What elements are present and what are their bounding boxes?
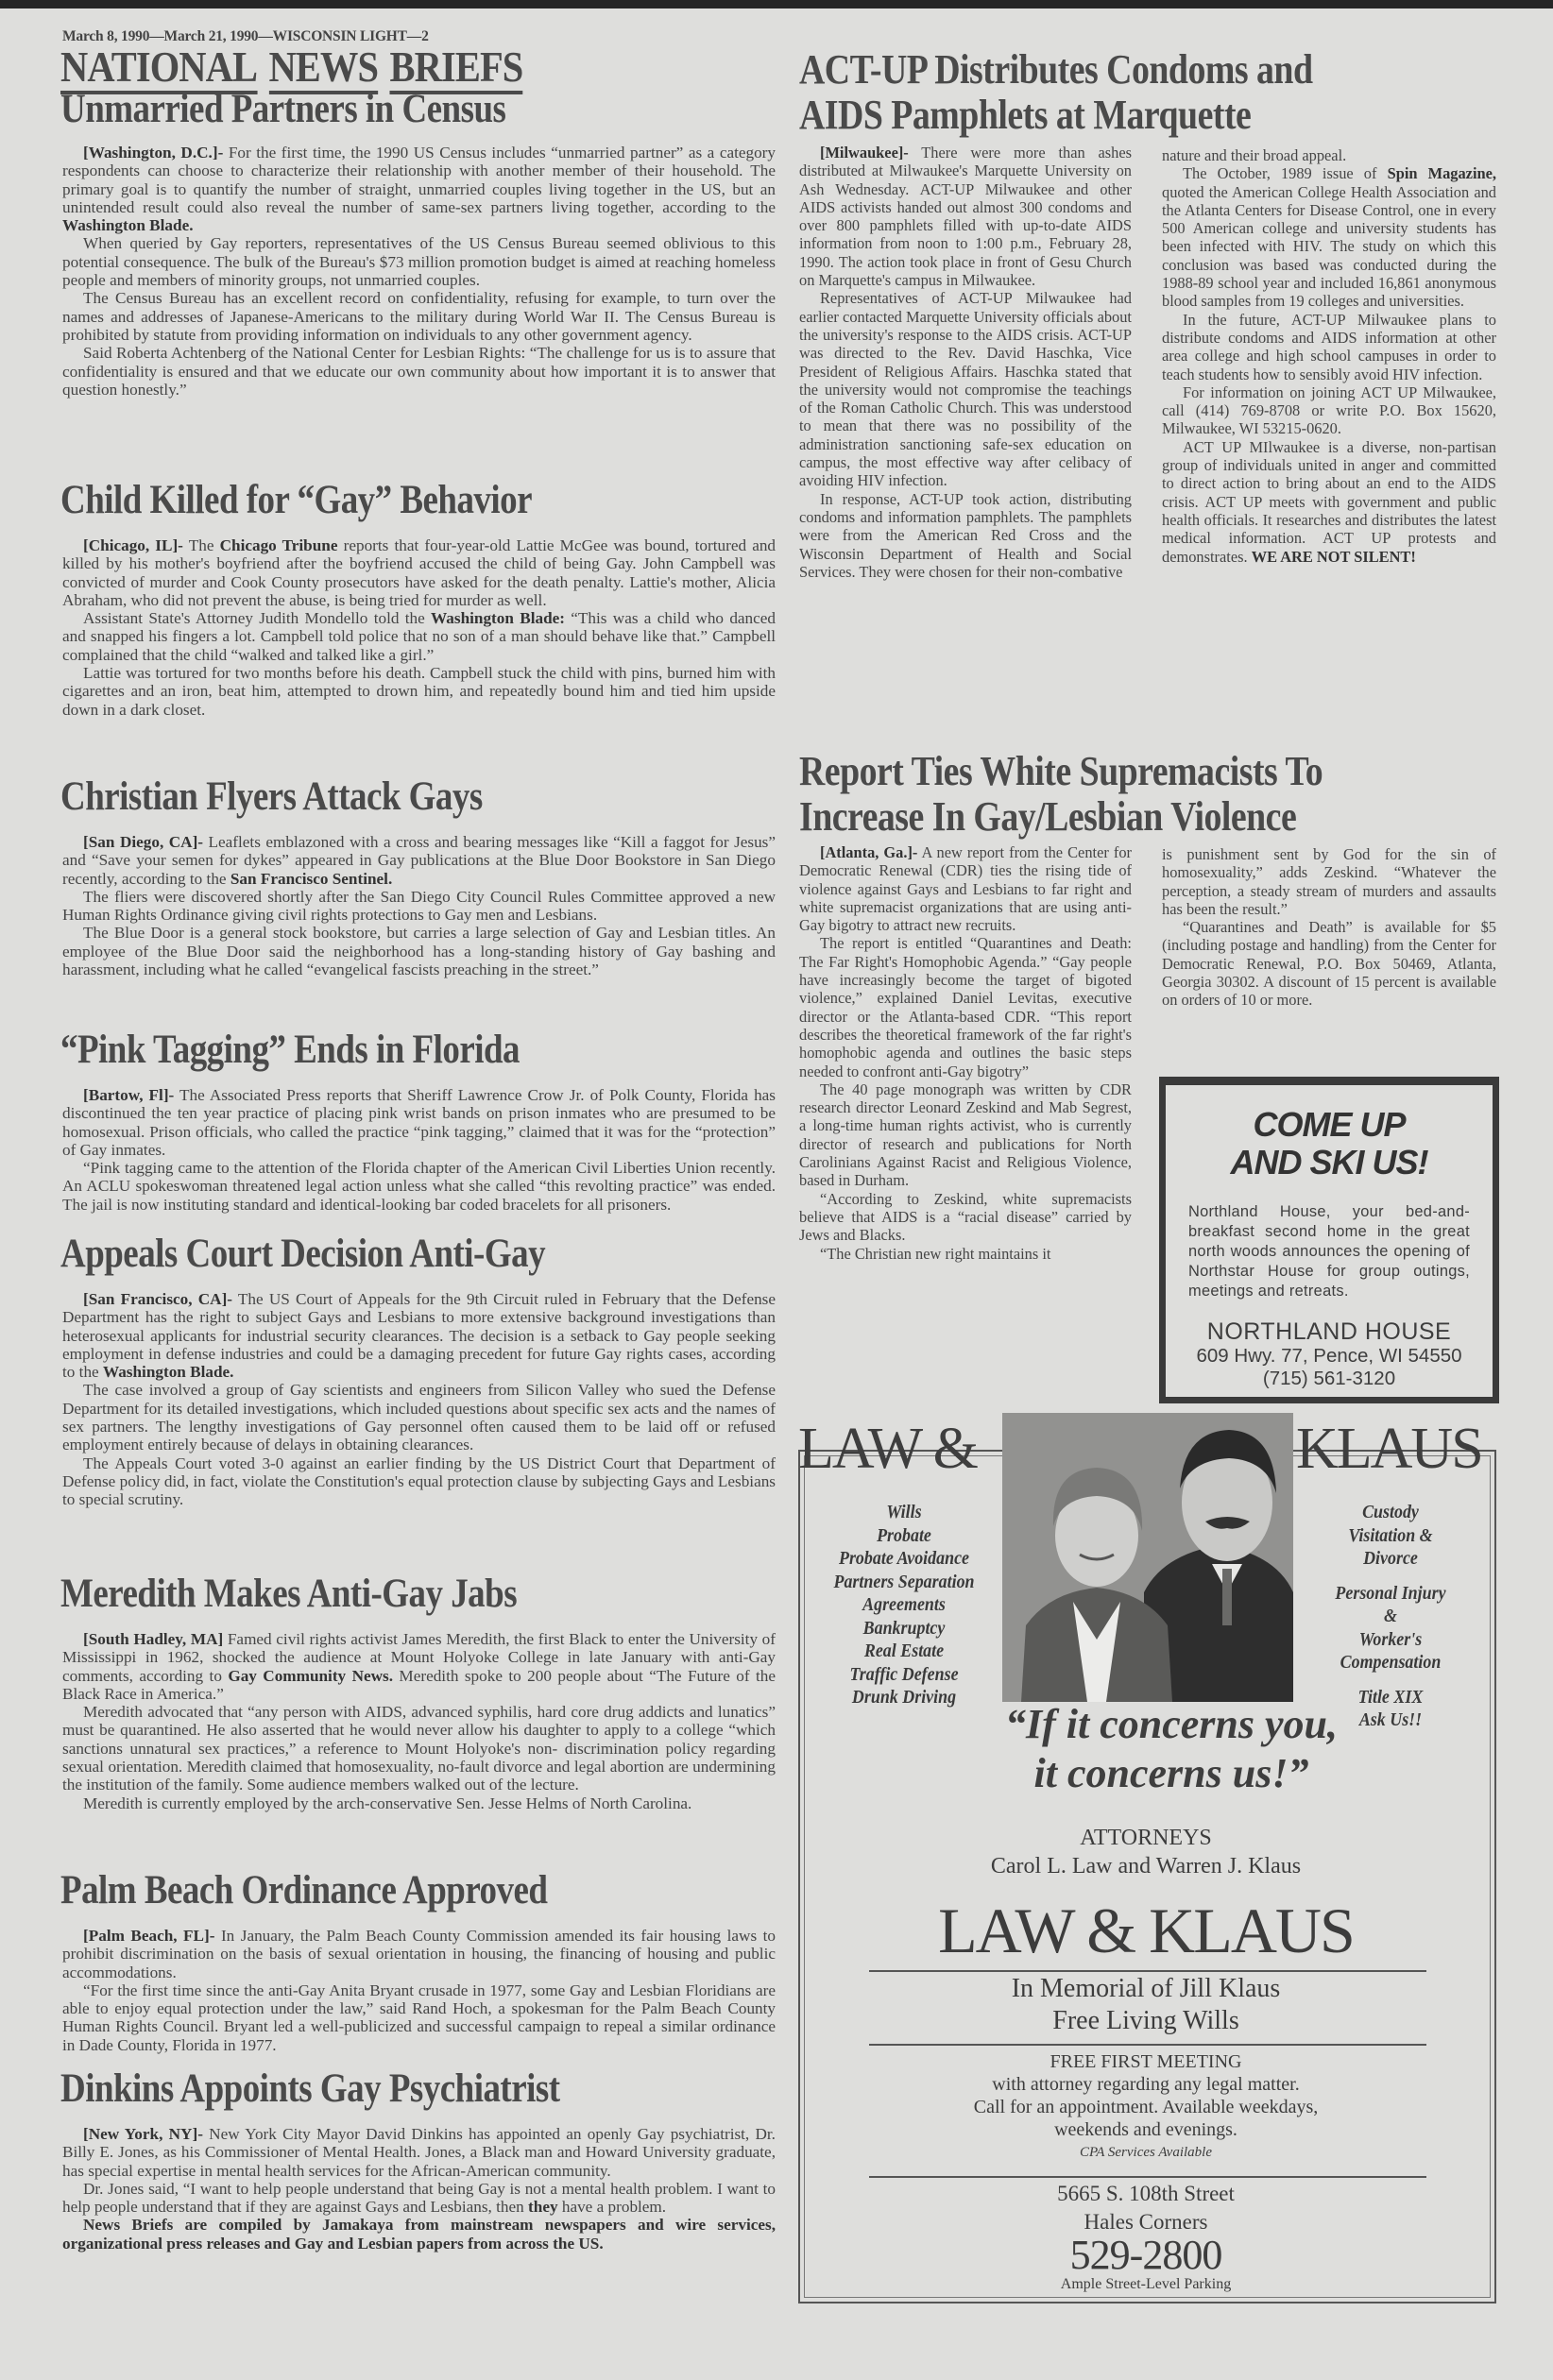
dateline: [Milwaukee]- (820, 144, 909, 161)
paragraph: The case involved a group of Gay scienti… (62, 1381, 776, 1453)
ad-slogan: “If it concerns you, it concerns us!” (935, 1700, 1408, 1798)
article-column: [Atlanta, Ga.]- A new report from the Ce… (799, 843, 1132, 1263)
memorial-line: In Memorial of Jill Klaus (801, 1974, 1491, 2004)
service-item: Visitation & (1304, 1525, 1477, 1549)
article-body: [Washington, D.C.]- For the first time, … (62, 144, 776, 399)
paragraph: [Milwaukee]- There were more than ashes … (799, 144, 1132, 289)
paragraph: [Atlanta, Ga.]- A new report from the Ce… (799, 843, 1132, 934)
article-body: [Palm Beach, FL]- In January, the Palm B… (62, 1927, 776, 2054)
article-column: is punishment sent by God for the sin of… (1162, 845, 1496, 1010)
headline-line: AIDS Pamphlets at Marquette (799, 93, 1312, 138)
dateline: [Atlanta, Ga.]- (820, 843, 917, 861)
dateline: [Palm Beach, FL]- (83, 1927, 214, 1945)
meeting-title: FREE FIRST MEETING (801, 2051, 1491, 2072)
firm-name: LAW & KLAUS (801, 1898, 1491, 1963)
article-body: [South Hadley, MA] Famed civil rights ac… (62, 1630, 776, 1812)
dateline: [Washington, D.C.]- (83, 144, 223, 161)
paragraph: “Pink tagging came to the attention of t… (62, 1159, 776, 1214)
source-name: Washington Blade. (62, 216, 194, 234)
paragraph: [Bartow, Fl]- The Associated Press repor… (62, 1086, 776, 1159)
service-item: Personal Injury (1304, 1583, 1477, 1606)
article-headline: “Pink Tagging” Ends in Florida (60, 1029, 520, 1070)
paragraph: Meredith advocated that “any person with… (62, 1703, 776, 1793)
source-name: San Francisco Sentinel. (230, 870, 392, 888)
services-list-right: CustodyVisitation &Divorce Personal Inju… (1296, 1502, 1485, 1733)
slogan-line: “If it concerns you, (935, 1700, 1408, 1749)
dateline: [Bartow, Fl]- (83, 1086, 174, 1104)
service-item: Partners Separation (812, 1572, 995, 1595)
paragraph: nature and their broad appeal. (1162, 146, 1496, 164)
ad-headline-line: AND SKI US! (1166, 1144, 1493, 1181)
article-headline: Palm Beach Ordinance Approved (60, 1870, 547, 1911)
ad-headline-line: COME UP (1166, 1106, 1493, 1144)
paragraph: [New York, NY]- New York City Mayor Davi… (62, 2125, 776, 2180)
paragraph: The October, 1989 issue of Spin Magazine… (1162, 164, 1496, 310)
source-name: Washington Blade: (431, 609, 565, 627)
paragraph: [Washington, D.C.]- For the first time, … (62, 144, 776, 234)
living-wills-line: Free Living Wills (801, 2006, 1491, 2036)
attorneys-label: ATTORNEYS (801, 1825, 1491, 1851)
paragraph: “The Christian new right maintains it (799, 1245, 1132, 1263)
attorneys-photo (1002, 1413, 1293, 1702)
parking-note: Ample Street-Level Parking (801, 2276, 1491, 2293)
divider (869, 2176, 1426, 2178)
ad-phone: 529-2800 (801, 2235, 1491, 2276)
article-column: [Milwaukee]- There were more than ashes … (799, 144, 1132, 581)
source-name: WE ARE NOT SILENT! (1252, 548, 1416, 566)
paragraph: [Chicago, IL]- The Chicago Tribune repor… (62, 536, 776, 609)
paragraph: [Palm Beach, FL]- In January, the Palm B… (62, 1927, 776, 1981)
northland-house-ad: COME UP AND SKI US! Northland House, you… (1159, 1077, 1499, 1403)
article-body: [San Diego, CA]- Leaflets emblazoned wit… (62, 833, 776, 978)
paragraph: [South Hadley, MA] Famed civil rights ac… (62, 1630, 776, 1703)
paragraph: When queried by Gay reporters, represent… (62, 234, 776, 289)
paragraph: Representatives of ACT-UP Milwaukee had … (799, 289, 1132, 489)
article-body: [New York, NY]- New York City Mayor Davi… (62, 2125, 776, 2252)
article-headline: Report Ties White Supremacists To Increa… (799, 749, 1323, 840)
section-title: NATIONALNEWSBRIEFS (60, 42, 535, 93)
article-body: [Chicago, IL]- The Chicago Tribune repor… (62, 536, 776, 719)
article-body: [Bartow, Fl]- The Associated Press repor… (62, 1086, 776, 1214)
paragraph: In response, ACT-UP took action, distrib… (799, 490, 1132, 581)
portrait-illustration (1002, 1413, 1293, 1702)
meeting-line: Call for an appointment. Available weekd… (801, 2097, 1491, 2117)
ad-business-name: NORTHLAND HOUSE (1166, 1318, 1493, 1345)
service-item: Real Estate (812, 1640, 995, 1664)
ad-title-right: KLAUS (1296, 1419, 1482, 1478)
service-item: Wills (812, 1502, 995, 1525)
dateline: [South Hadley, MA] (83, 1630, 223, 1648)
credit-line: News Briefs are compiled by Jamakaya fro… (62, 2216, 776, 2252)
paragraph: “According to Zeskind, white supremacist… (799, 1190, 1132, 1245)
paragraph: The 40 page monograph was written by CDR… (799, 1080, 1132, 1190)
paragraph: [San Diego, CA]- Leaflets emblazoned wit… (62, 833, 776, 888)
dateline: [San Diego, CA]- (83, 833, 203, 851)
meeting-line: weekends and evenings. (801, 2119, 1491, 2140)
paragraph: News Briefs are compiled by Jamakaya fro… (62, 2216, 776, 2252)
attorneys-names: Carol L. Law and Warren J. Klaus (801, 1853, 1491, 1879)
source-name: Gay Community News. (228, 1667, 393, 1685)
scan-top-edge (0, 0, 1553, 8)
article-headline: Unmarried Partners in Census (60, 89, 505, 129)
service-item: Divorce (1304, 1548, 1477, 1572)
article-headline: Child Killed for “Gay” Behavior (60, 480, 532, 520)
paragraph: Lattie was tortured for two months befor… (62, 664, 776, 719)
paragraph: Assistant State's Attorney Judith Mondel… (62, 609, 776, 664)
service-item (1304, 1572, 1477, 1583)
ad-body: Northland House, your bed-and-breakfast … (1188, 1202, 1470, 1301)
paragraph: is punishment sent by God for the sin of… (1162, 845, 1496, 918)
divider (869, 1970, 1426, 1972)
paragraph: The Census Bureau has an excellent recor… (62, 289, 776, 344)
article-column: nature and their broad appeal.The Octobe… (1162, 146, 1496, 566)
service-item: Probate (812, 1525, 995, 1549)
service-item: Compensation (1304, 1652, 1477, 1675)
source-name: Washington Blade. (103, 1363, 234, 1381)
article-headline: Dinkins Appoints Gay Psychiatrist (60, 2068, 560, 2109)
service-item: Worker's (1304, 1629, 1477, 1653)
street-address: 5665 S. 108th Street (801, 2182, 1491, 2206)
headline-line: Report Ties White Supremacists To (799, 749, 1323, 794)
ad-headline: COME UP AND SKI US! (1166, 1106, 1493, 1181)
service-item: Probate Avoidance (812, 1548, 995, 1572)
paragraph: For information on joining ACT UP Milwau… (1162, 383, 1496, 438)
ad-address: 609 Hwy. 77, Pence, WI 54550 (1166, 1345, 1493, 1368)
slogan-line: it concerns us!” (935, 1749, 1408, 1798)
ad-phone: (715) 561-3120 (1166, 1368, 1493, 1390)
source-name: Spin Magazine, (1388, 164, 1496, 182)
paragraph: The report is entitled “Quarantines and … (799, 934, 1132, 1079)
dateline: [Chicago, IL]- (83, 536, 183, 554)
service-item: Bankruptcy (812, 1618, 995, 1641)
paragraph: The Appeals Court voted 3-0 against an e… (62, 1454, 776, 1509)
paragraph: ACT UP MIlwaukee is a diverse, non-parti… (1162, 438, 1496, 566)
article-headline: Christian Flyers Attack Gays (60, 776, 483, 817)
service-item (1304, 1675, 1477, 1687)
paragraph: In the future, ACT-UP Milwaukee plans to… (1162, 311, 1496, 383)
services-list-left: WillsProbateProbate AvoidancePartners Se… (805, 1502, 1003, 1710)
paragraph: “Quarantines and Death” is available for… (1162, 918, 1496, 1009)
article-body: [San Francisco, CA]- The US Court of App… (62, 1290, 776, 1509)
divider (869, 2044, 1426, 2046)
dateline: [New York, NY]- (83, 2125, 203, 2143)
service-item: Custody (1304, 1502, 1477, 1525)
service-item: Traffic Defense (812, 1664, 995, 1688)
paragraph: Dr. Jones said, “I want to help people u… (62, 2180, 776, 2217)
paragraph: [San Francisco, CA]- The US Court of App… (62, 1290, 776, 1381)
article-headline: Meredith Makes Anti-Gay Jabs (60, 1573, 517, 1614)
source-name: they (528, 2198, 558, 2216)
article-headline: ACT-UP Distributes Condoms and AIDS Pamp… (799, 47, 1312, 138)
paragraph: The Blue Door is a general stock booksto… (62, 924, 776, 978)
paragraph: The fliers were discovered shortly after… (62, 888, 776, 925)
source-name: Chicago Tribune (220, 536, 338, 554)
headline-line: Increase In Gay/Lesbian Violence (799, 794, 1323, 840)
meeting-line: with attorney regarding any legal matter… (801, 2074, 1491, 2095)
service-item: & (1304, 1606, 1477, 1629)
article-headline: Appeals Court Decision Anti-Gay (60, 1233, 545, 1274)
paragraph: Said Roberta Achtenberg of the National … (62, 344, 776, 399)
cpa-note: CPA Services Available (801, 2144, 1491, 2161)
dateline: [San Francisco, CA]- (83, 1290, 232, 1308)
service-item: Agreements (812, 1594, 995, 1618)
headline-line: ACT-UP Distributes Condoms and (799, 47, 1312, 93)
paragraph: Meredith is currently employed by the ar… (62, 1794, 776, 1812)
ad-title-left: LAW & (798, 1419, 977, 1478)
paragraph: “For the first time since the anti-Gay A… (62, 1981, 776, 2054)
